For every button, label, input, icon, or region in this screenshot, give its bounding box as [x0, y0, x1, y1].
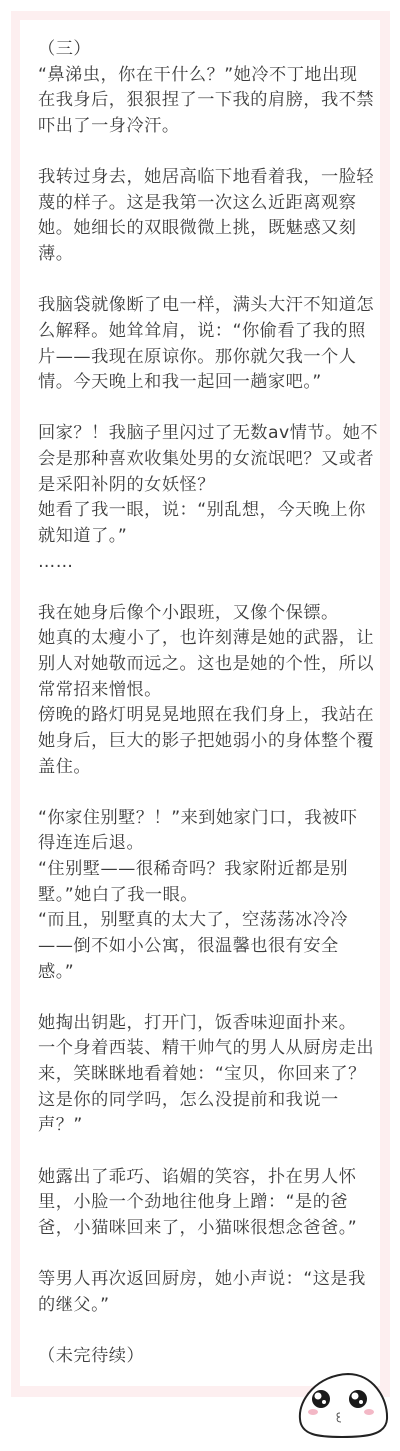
blank-line [38, 985, 368, 1011]
text-line: ——倒不如小公寓，很温馨也很有安全 [38, 934, 368, 960]
text-line: 傍晚的路灯明晃晃地照在我们身上，我站在 [38, 703, 368, 729]
text-line: 她掏出钥匙，打开门，饭香味迎面扑来。 [38, 1011, 368, 1037]
blank-line [38, 1241, 368, 1267]
text-line: 么解释。她耸耸肩，说：“你偷看了我的照 [38, 319, 368, 345]
text-line: 得连连后退。 [38, 831, 368, 857]
text-line: 就知道了。” [38, 524, 368, 550]
text-line: 的继父。” [38, 1293, 368, 1319]
text-line: 别人对她敬而远之。这也是她的个性，所以 [38, 652, 368, 678]
text-line: 爸，小猫咪回来了，小猫咪很想念爸爸。” [38, 1216, 368, 1242]
text-line: 薄。 [38, 242, 368, 268]
blank-line [38, 575, 368, 601]
text-line: 等男人再次返回厨房，她小声说：“这是我 [38, 1267, 368, 1293]
text-line: 她身后，巨大的影子把她弱小的身体整个覆 [38, 729, 368, 755]
blank-line [38, 780, 368, 806]
text-line: 这是你的同学吗，怎么没提前和我说一 [38, 1088, 368, 1114]
text-line: 她。她细长的双眼微微上挑，既魅惑又刻 [38, 216, 368, 242]
text-line: 我脑袋就像断了电一样，满头大汗不知道怎 [38, 293, 368, 319]
text-line: 常常招来憎恨。 [38, 678, 368, 704]
text-line: 里，小脸一个劲地往他身上蹭：“是的爸 [38, 1190, 368, 1216]
text-line: 感。” [38, 960, 368, 986]
text-line: “你家住别墅？！”来到她家门口，我被吓 [38, 806, 368, 832]
text-line: 她真的太瘦小了，也许刻薄是她的武器，让 [38, 626, 368, 652]
text-line: 吓出了一身冷汗。 [38, 114, 368, 140]
text-line: 回家？！我脑子里闪过了无数av情节。她不 [38, 421, 368, 447]
blank-line [38, 1318, 368, 1344]
ellipsis-line: …… [38, 550, 368, 576]
text-line: “住别墅——很稀奇吗？我家附近都是别 [38, 857, 368, 883]
text-line: 一个身着西装、精干帅气的男人从厨房走出 [38, 1036, 368, 1062]
text-line: 会是那种喜欢收集处男的女流氓吧？又或者 [38, 447, 368, 473]
text-line: 她露出了乖巧、谄媚的笑容，扑在男人怀 [38, 1165, 368, 1191]
article-body: （三） “鼻涕虫，你在干什么？”她冷不丁地出现 在我身后，狠狠捏了一下我的肩膀，… [38, 37, 368, 1370]
blob-face-sticker-icon [296, 1369, 390, 1441]
section-number: （三） [38, 37, 368, 63]
blank-line [38, 1139, 368, 1165]
text-line: 片——我现在原谅你。那你就欠我一个人 [38, 345, 368, 371]
blank-line [38, 268, 368, 294]
text-line: “鼻涕虫，你在干什么？”她冷不丁地出现 [38, 63, 368, 89]
text-line: 墅。”她白了我一眼。 [38, 883, 368, 909]
text-line: “而且，别墅真的太大了，空荡荡冰冷冷 [38, 908, 368, 934]
to-be-continued: （未完待续） [38, 1344, 368, 1370]
text-line: 蔑的样子。这是我第一次这么近距离观察 [38, 191, 368, 217]
text-line: 我在她身后像个小跟班，又像个保镖。 [38, 601, 368, 627]
text-line: 我转过身去，她居高临下地看着我，一脸轻 [38, 165, 368, 191]
text-line: 情。今天晚上和我一起回一趟家吧。” [38, 370, 368, 396]
blank-line [38, 140, 368, 166]
text-line: 她看了我一眼，说：“别乱想，今天晚上你 [38, 498, 368, 524]
text-line: 声？” [38, 1113, 368, 1139]
blank-line [38, 396, 368, 422]
text-line: 盖住。 [38, 755, 368, 781]
text-line: 在我身后，狠狠捏了一下我的肩膀，我不禁 [38, 88, 368, 114]
text-line: 是采阳补阴的女妖怪？ [38, 473, 368, 499]
text-line: 来，笑眯眯地看着她：“宝贝，你回来了？ [38, 1062, 368, 1088]
